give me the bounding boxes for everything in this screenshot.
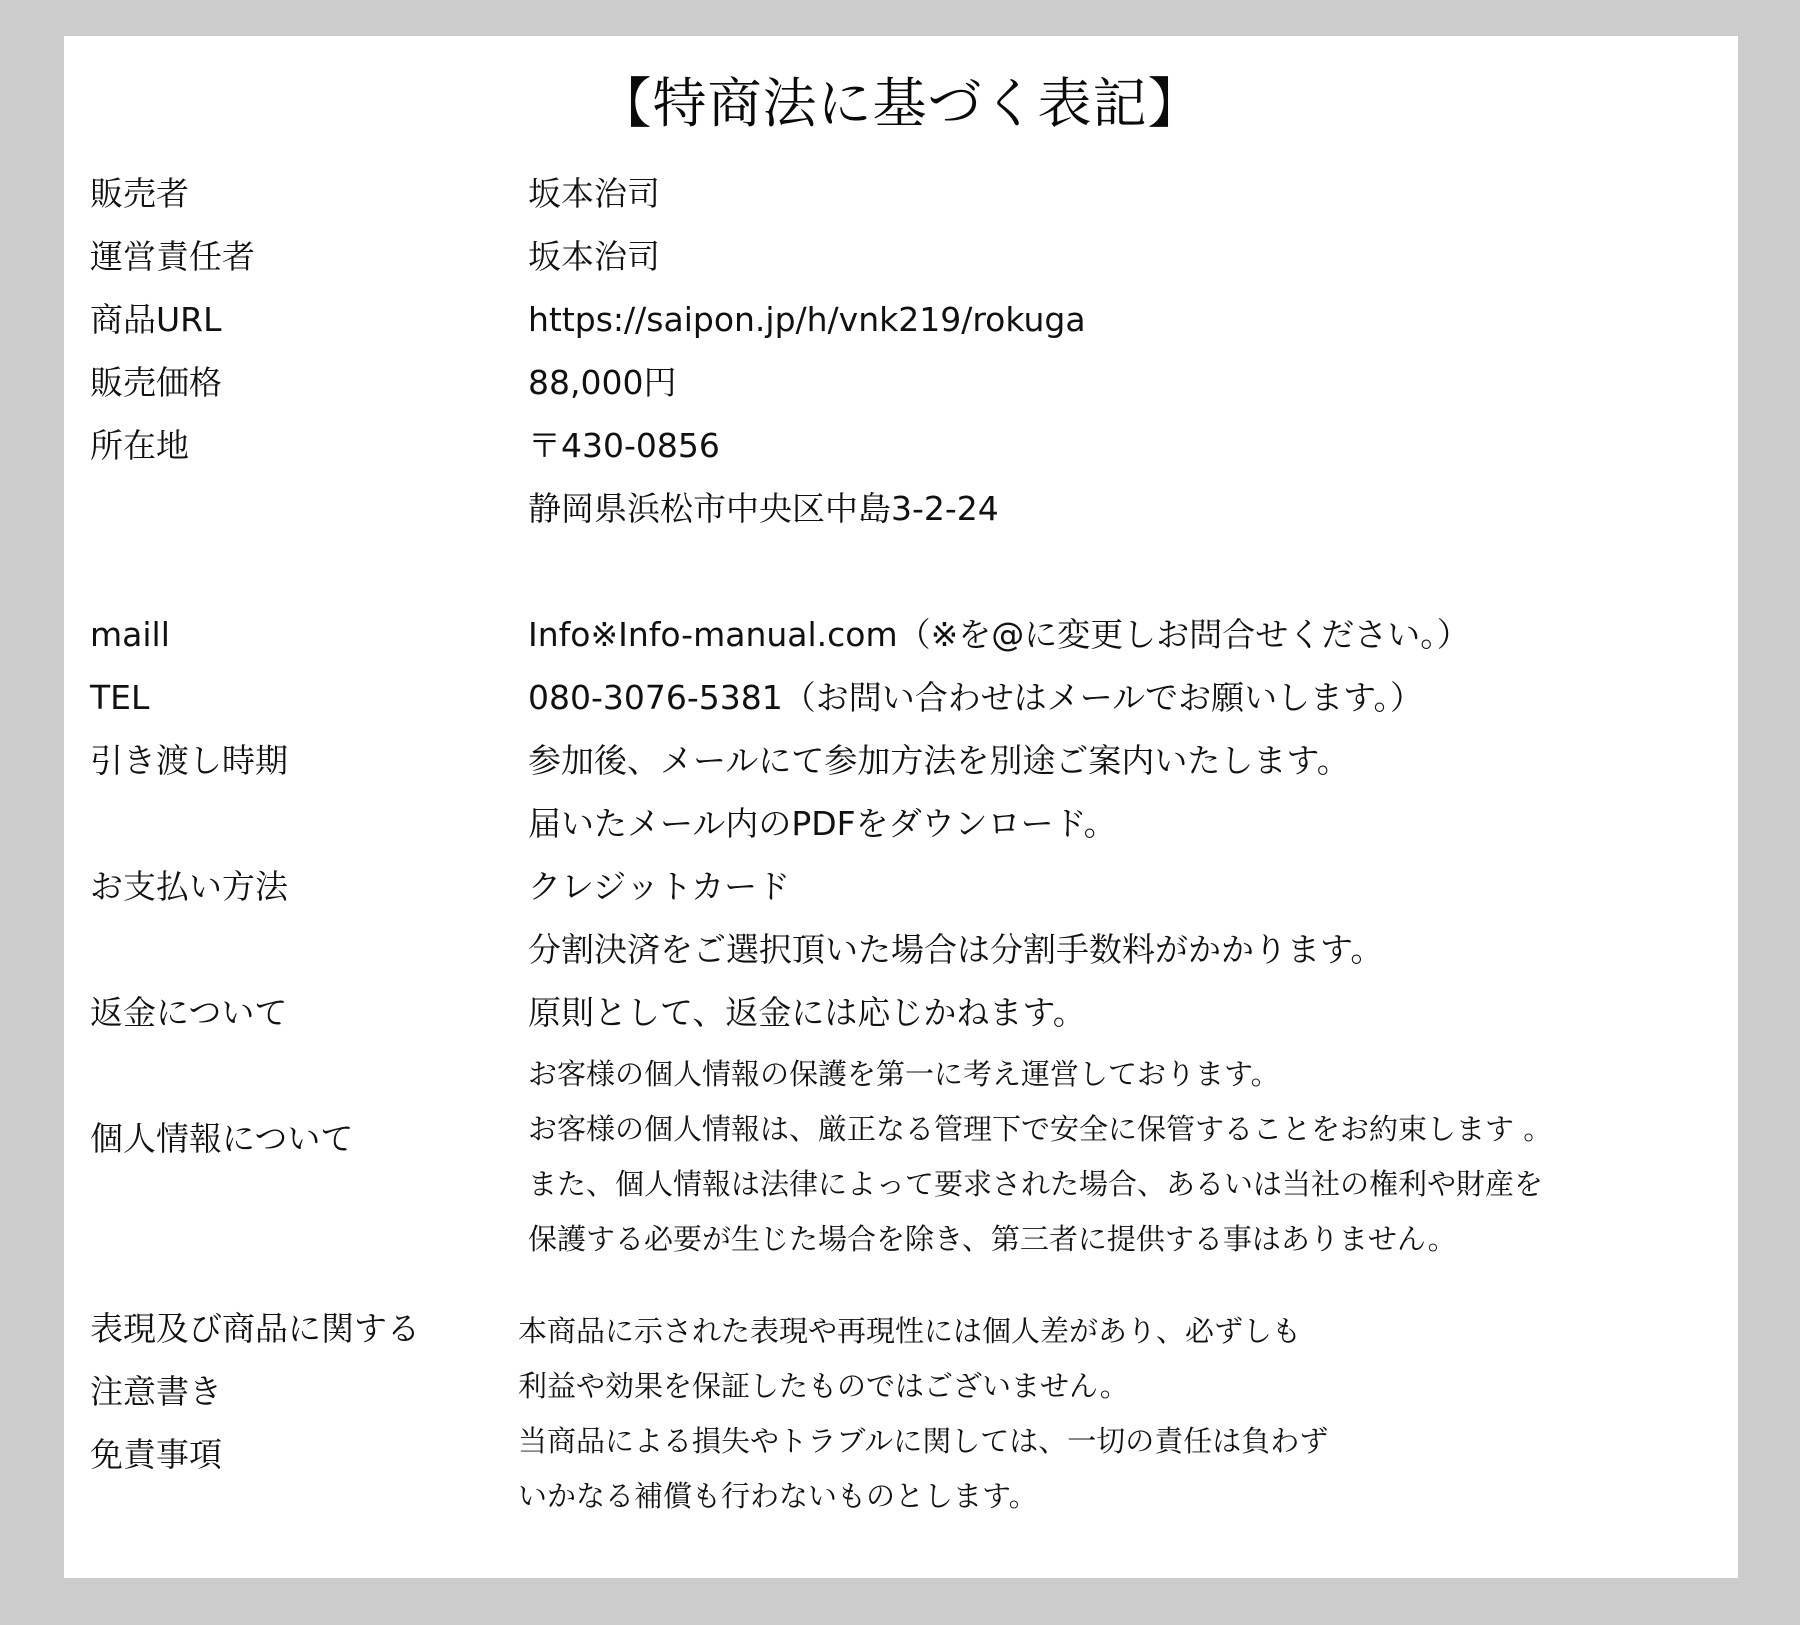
- value-tel: 080-3076-5381（お問い合わせはメールでお願いします。）: [528, 676, 1423, 720]
- label-address: 所在地: [90, 424, 189, 468]
- value-disclaimer-line-3: 当商品による損失やトラブルに関しては、一切の責任は負わず: [518, 1419, 1328, 1463]
- value-privacy-line-2: お客様の個人情報は、厳正なる管理下で安全に保管することをお約束します 。: [528, 1107, 1552, 1151]
- label-email: maill: [90, 613, 170, 657]
- label-refund: 返金について: [90, 991, 287, 1035]
- label-delivery-time: 引き渡し時期: [90, 739, 288, 783]
- value-privacy-line-3: また、個人情報は法律によって要求された場合、あるいは当社の権利や財産を: [528, 1162, 1543, 1206]
- value-payment-line-1: クレジットカード: [528, 865, 790, 909]
- value-privacy-line-1: お客様の個人情報の保護を第一に考え運営しております。: [528, 1052, 1280, 1096]
- label-tel: TEL: [90, 676, 149, 720]
- value-refund: 原則として、返金には応じかねます。: [528, 991, 1086, 1035]
- value-postal-code: 〒430-0856: [528, 424, 720, 468]
- label-disclaimer-line-3: 免責事項: [90, 1433, 222, 1477]
- value-operator: 坂本治司: [528, 235, 660, 279]
- value-payment-line-2: 分割決済をご選択頂いた場合は分割手数料がかかります。: [528, 928, 1383, 972]
- value-address: 静岡県浜松市中央区中島3-2-24: [528, 487, 999, 531]
- label-disclaimer-line-2: 注意書き: [90, 1370, 222, 1414]
- label-payment-method: お支払い方法: [90, 865, 288, 909]
- value-disclaimer-line-4: いかなる補償も行わないものとします。: [518, 1474, 1038, 1518]
- value-delivery-line-1: 参加後、メールにて参加方法を別途ご案内いたします。: [528, 739, 1350, 783]
- value-disclaimer-line-1: 本商品に示された表現や再現性には個人差があり、必ずしも: [518, 1309, 1301, 1353]
- value-price: 88,000円: [528, 361, 676, 405]
- label-privacy: 個人情報について: [90, 1117, 353, 1161]
- label-seller: 販売者: [90, 172, 189, 216]
- value-product-url[interactable]: https://saipon.jp/h/vnk219/rokuga: [528, 298, 1086, 342]
- label-product-url: 商品URL: [90, 298, 221, 342]
- page-title: 【特商法に基づく表記】: [0, 64, 1800, 144]
- label-operator: 運営責任者: [90, 235, 255, 279]
- label-disclaimer-line-1: 表現及び商品に関する: [90, 1307, 420, 1351]
- label-price: 販売価格: [90, 361, 222, 405]
- value-seller: 坂本治司: [528, 172, 660, 216]
- value-privacy-line-4: 保護する必要が生じた場合を除き、第三者に提供する事はありません。: [528, 1217, 1457, 1261]
- value-delivery-line-2: 届いたメール内のPDFをダウンロード。: [528, 802, 1117, 846]
- value-disclaimer-line-2: 利益や効果を保証したものではございません。: [518, 1364, 1129, 1408]
- value-email: Info※Info-manual.com（※を@に変更しお問合せください。）: [528, 613, 1470, 657]
